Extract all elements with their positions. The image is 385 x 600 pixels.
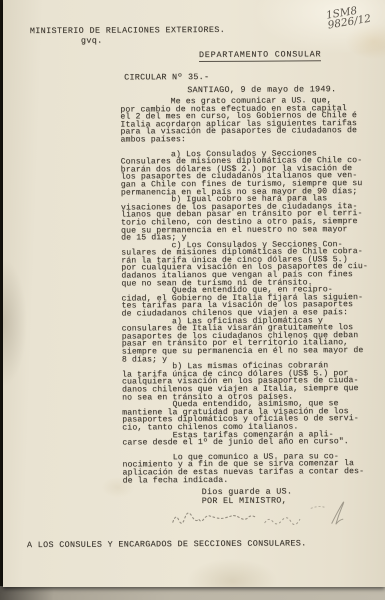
body-paragraph: a) Los Consulados y SeccionesConsulares … <box>121 149 383 196</box>
typist-initials: gvq. <box>81 35 225 46</box>
handwritten-archive-annotation: 1SM8 9826/12 <box>325 4 371 31</box>
body-paragraph: a) Las oficinas diplomáticas yconsulares… <box>122 317 384 364</box>
body-paragraph: b) Igual cobro se hará para lasvisacione… <box>121 195 383 242</box>
signature-scrawl <box>169 495 359 532</box>
scanned-document: 1SM8 9826/12 MINISTERIO DE RELACIONES EX… <box>0 0 385 600</box>
dateline: SANTIAGO, 9 de mayo de 1949. <box>187 84 336 95</box>
body-line: de la fecha indicada. <box>123 475 385 484</box>
body-paragraph: c) Los Consulados y Secciones Con-sulare… <box>121 241 383 288</box>
body-paragraph: Lo que comunico a US. para su co-nocimie… <box>122 453 384 485</box>
body-text: Me es grato comunicar a US. que,por camb… <box>120 97 384 485</box>
letter-paper: 1SM8 9826/12 MINISTERIO DE RELACIONES EX… <box>3 0 385 587</box>
circular-number: CIRCULAR Nº 35.- <box>124 72 209 83</box>
body-paragraph: Queda entendido, asimismo, que semantien… <box>122 400 384 432</box>
letterhead: MINISTERIO DE RELACIONES EXTERIORES. gvq… <box>30 25 225 46</box>
body-paragraph: Queda entendido que, en recipro-cidad, e… <box>121 286 383 318</box>
body-paragraph: Estas tarifas comenzarán a apli-carse de… <box>122 430 384 447</box>
body-paragraph: b) Las mismas oficinas cobraránla tarifa… <box>122 362 384 402</box>
ministry-name: MINISTERIO DE RELACIONES EXTERIORES. <box>30 25 225 36</box>
underlying-sheet-edge <box>0 586 385 600</box>
department-heading: DEPARTAMENTO CONSULAR <box>199 49 321 62</box>
body-paragraph: Me es grato comunicar a US. que,por camb… <box>120 97 382 144</box>
body-line: carse desde el 1º de junio del año en cu… <box>122 438 384 447</box>
addressee-line: A LOS CONSULES Y ENCARGADOS DE SECCIONES… <box>27 538 307 550</box>
body-line: ambos países: <box>120 135 382 144</box>
letter-content: 1SM8 9826/12 MINISTERIO DE RELACIONES EX… <box>3 0 385 587</box>
